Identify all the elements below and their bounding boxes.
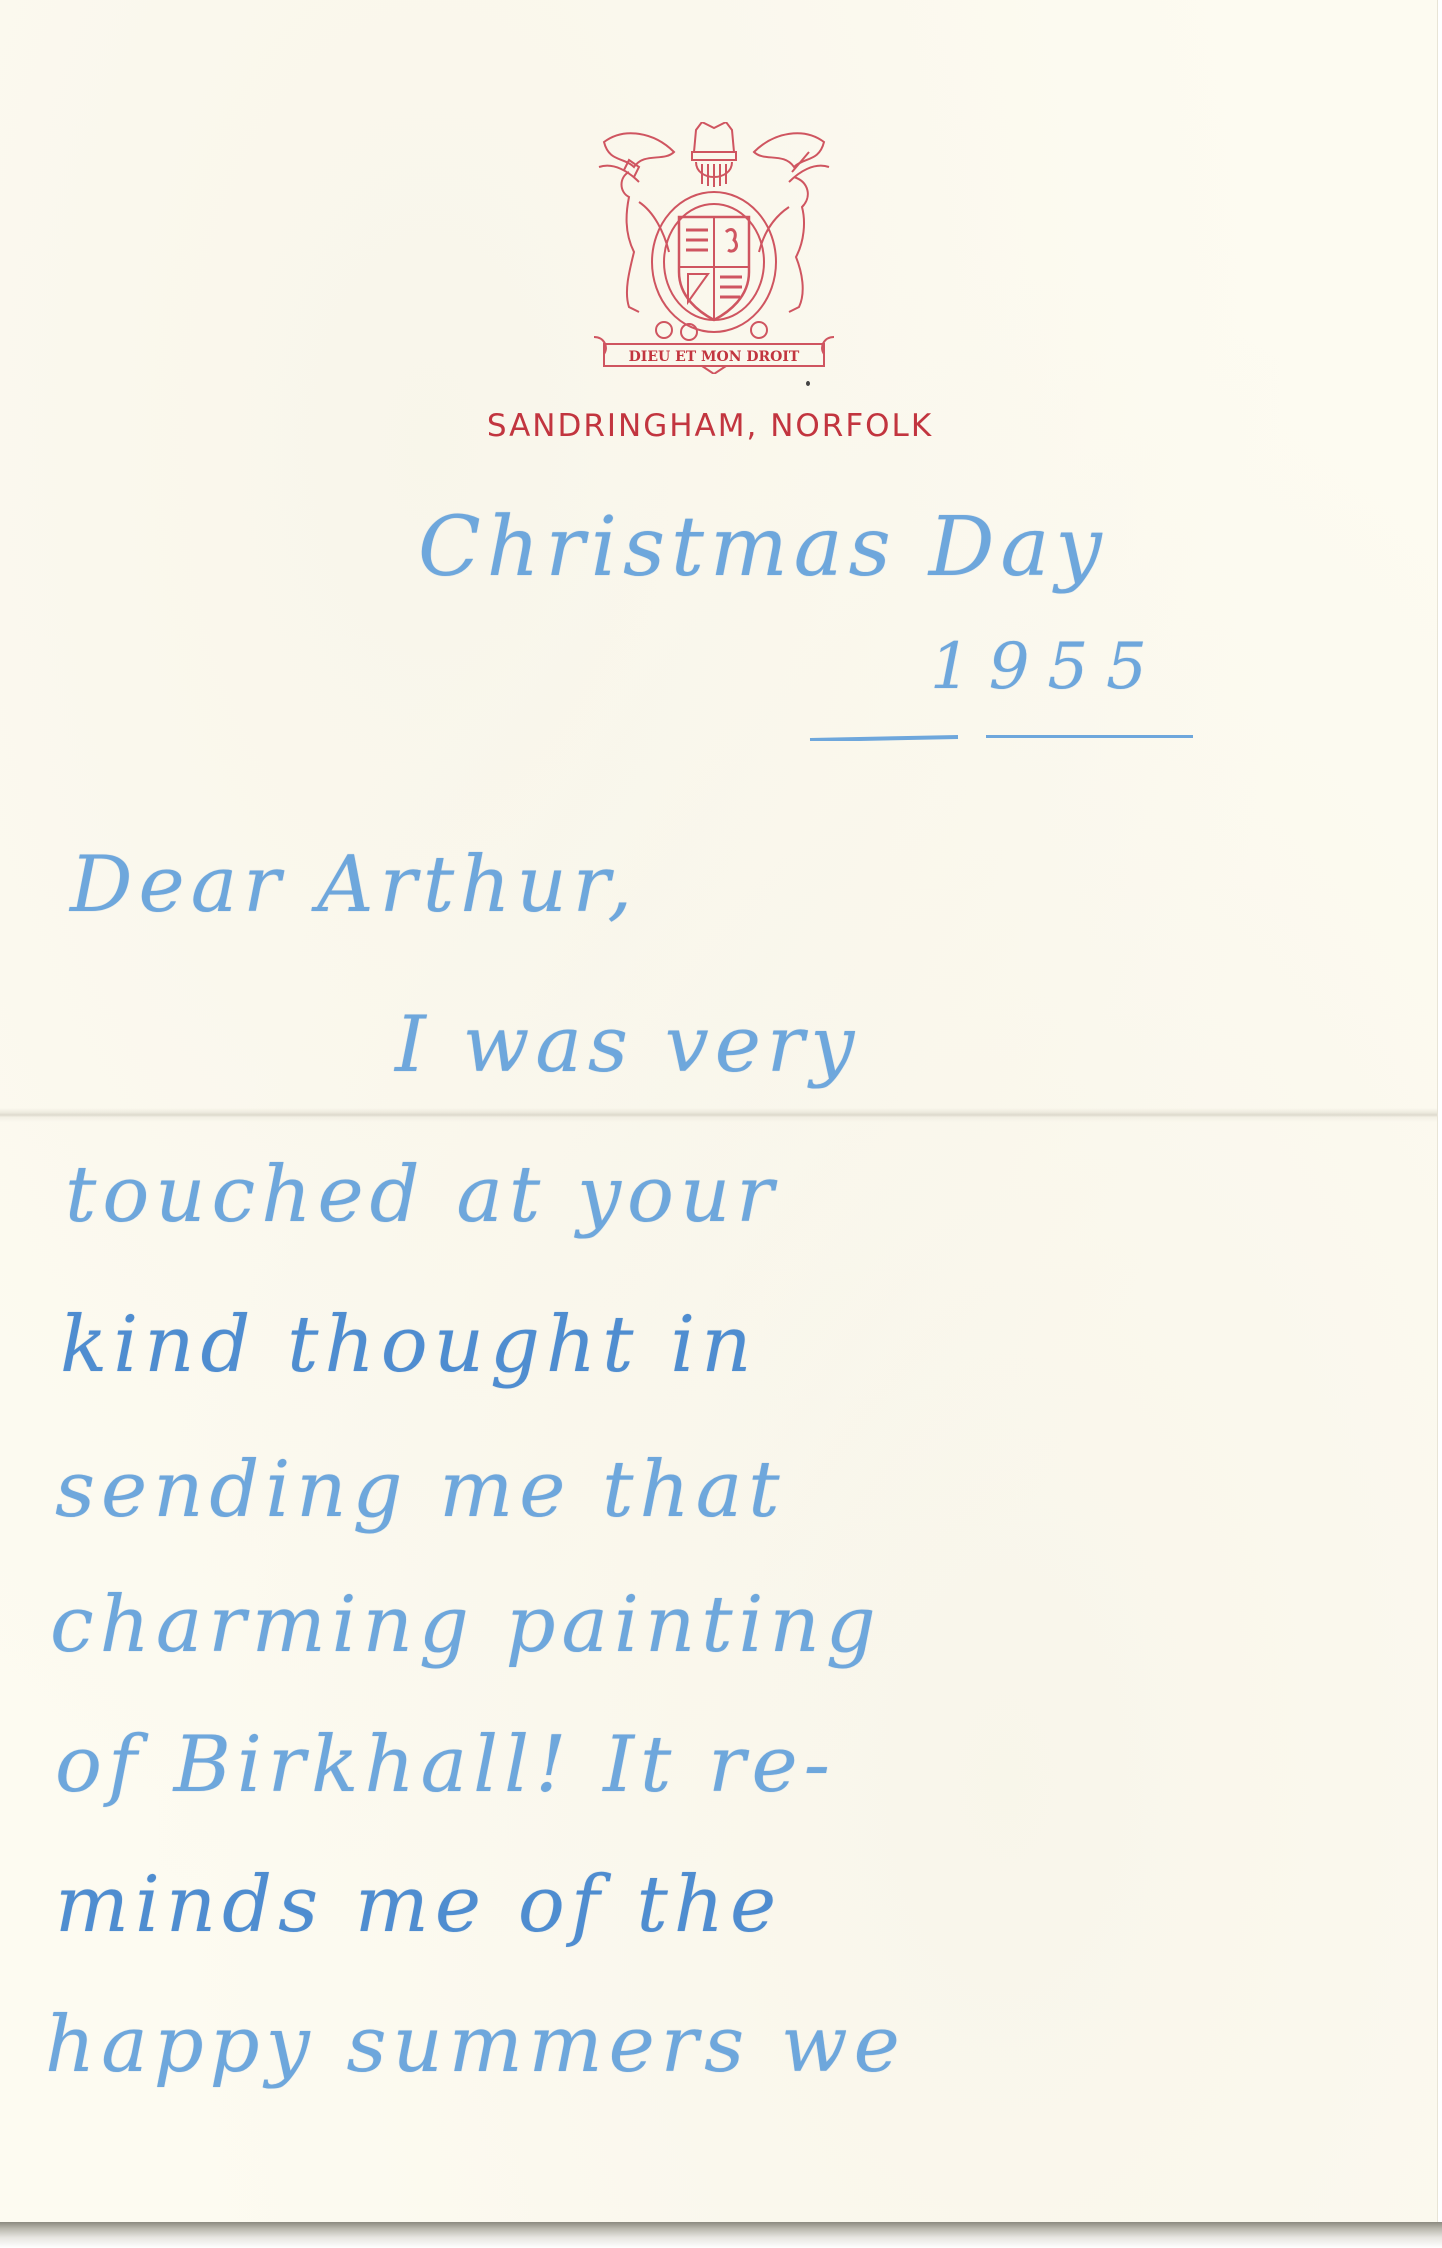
body-line-6: of Birkhall! It re-	[55, 1720, 836, 1810]
date-line-2: 1955	[930, 630, 1165, 704]
body-line-7: minds me of the	[55, 1860, 782, 1950]
body-line-3: kind thought in	[60, 1300, 757, 1390]
date-underline	[808, 735, 1196, 741]
date-line-1: Christmas Day	[418, 500, 1108, 595]
body-line-8: happy summers we	[45, 2000, 906, 2090]
paper-fold-crease	[0, 1108, 1437, 1122]
letterhead-address: SANDRINGHAM, NORFOLK	[400, 408, 1020, 444]
body-line-2: touched at your	[65, 1150, 780, 1240]
paper-bottom-edge-shadow	[0, 2222, 1442, 2248]
salutation: Dear Arthur,	[70, 840, 638, 930]
ink-speck	[806, 381, 810, 386]
body-line-5: charming painting	[50, 1580, 882, 1670]
body-line-1: I was very	[395, 1000, 860, 1090]
royal-coat-of-arms-icon: DIEU ET MON DROIT	[584, 122, 844, 374]
body-line-4: sending me that	[55, 1445, 786, 1535]
letter-paper: DIEU ET MON DROIT SANDRINGHAM, NORFOLK C…	[0, 0, 1438, 2224]
crest-motto: DIEU ET MON DROIT	[629, 349, 800, 365]
